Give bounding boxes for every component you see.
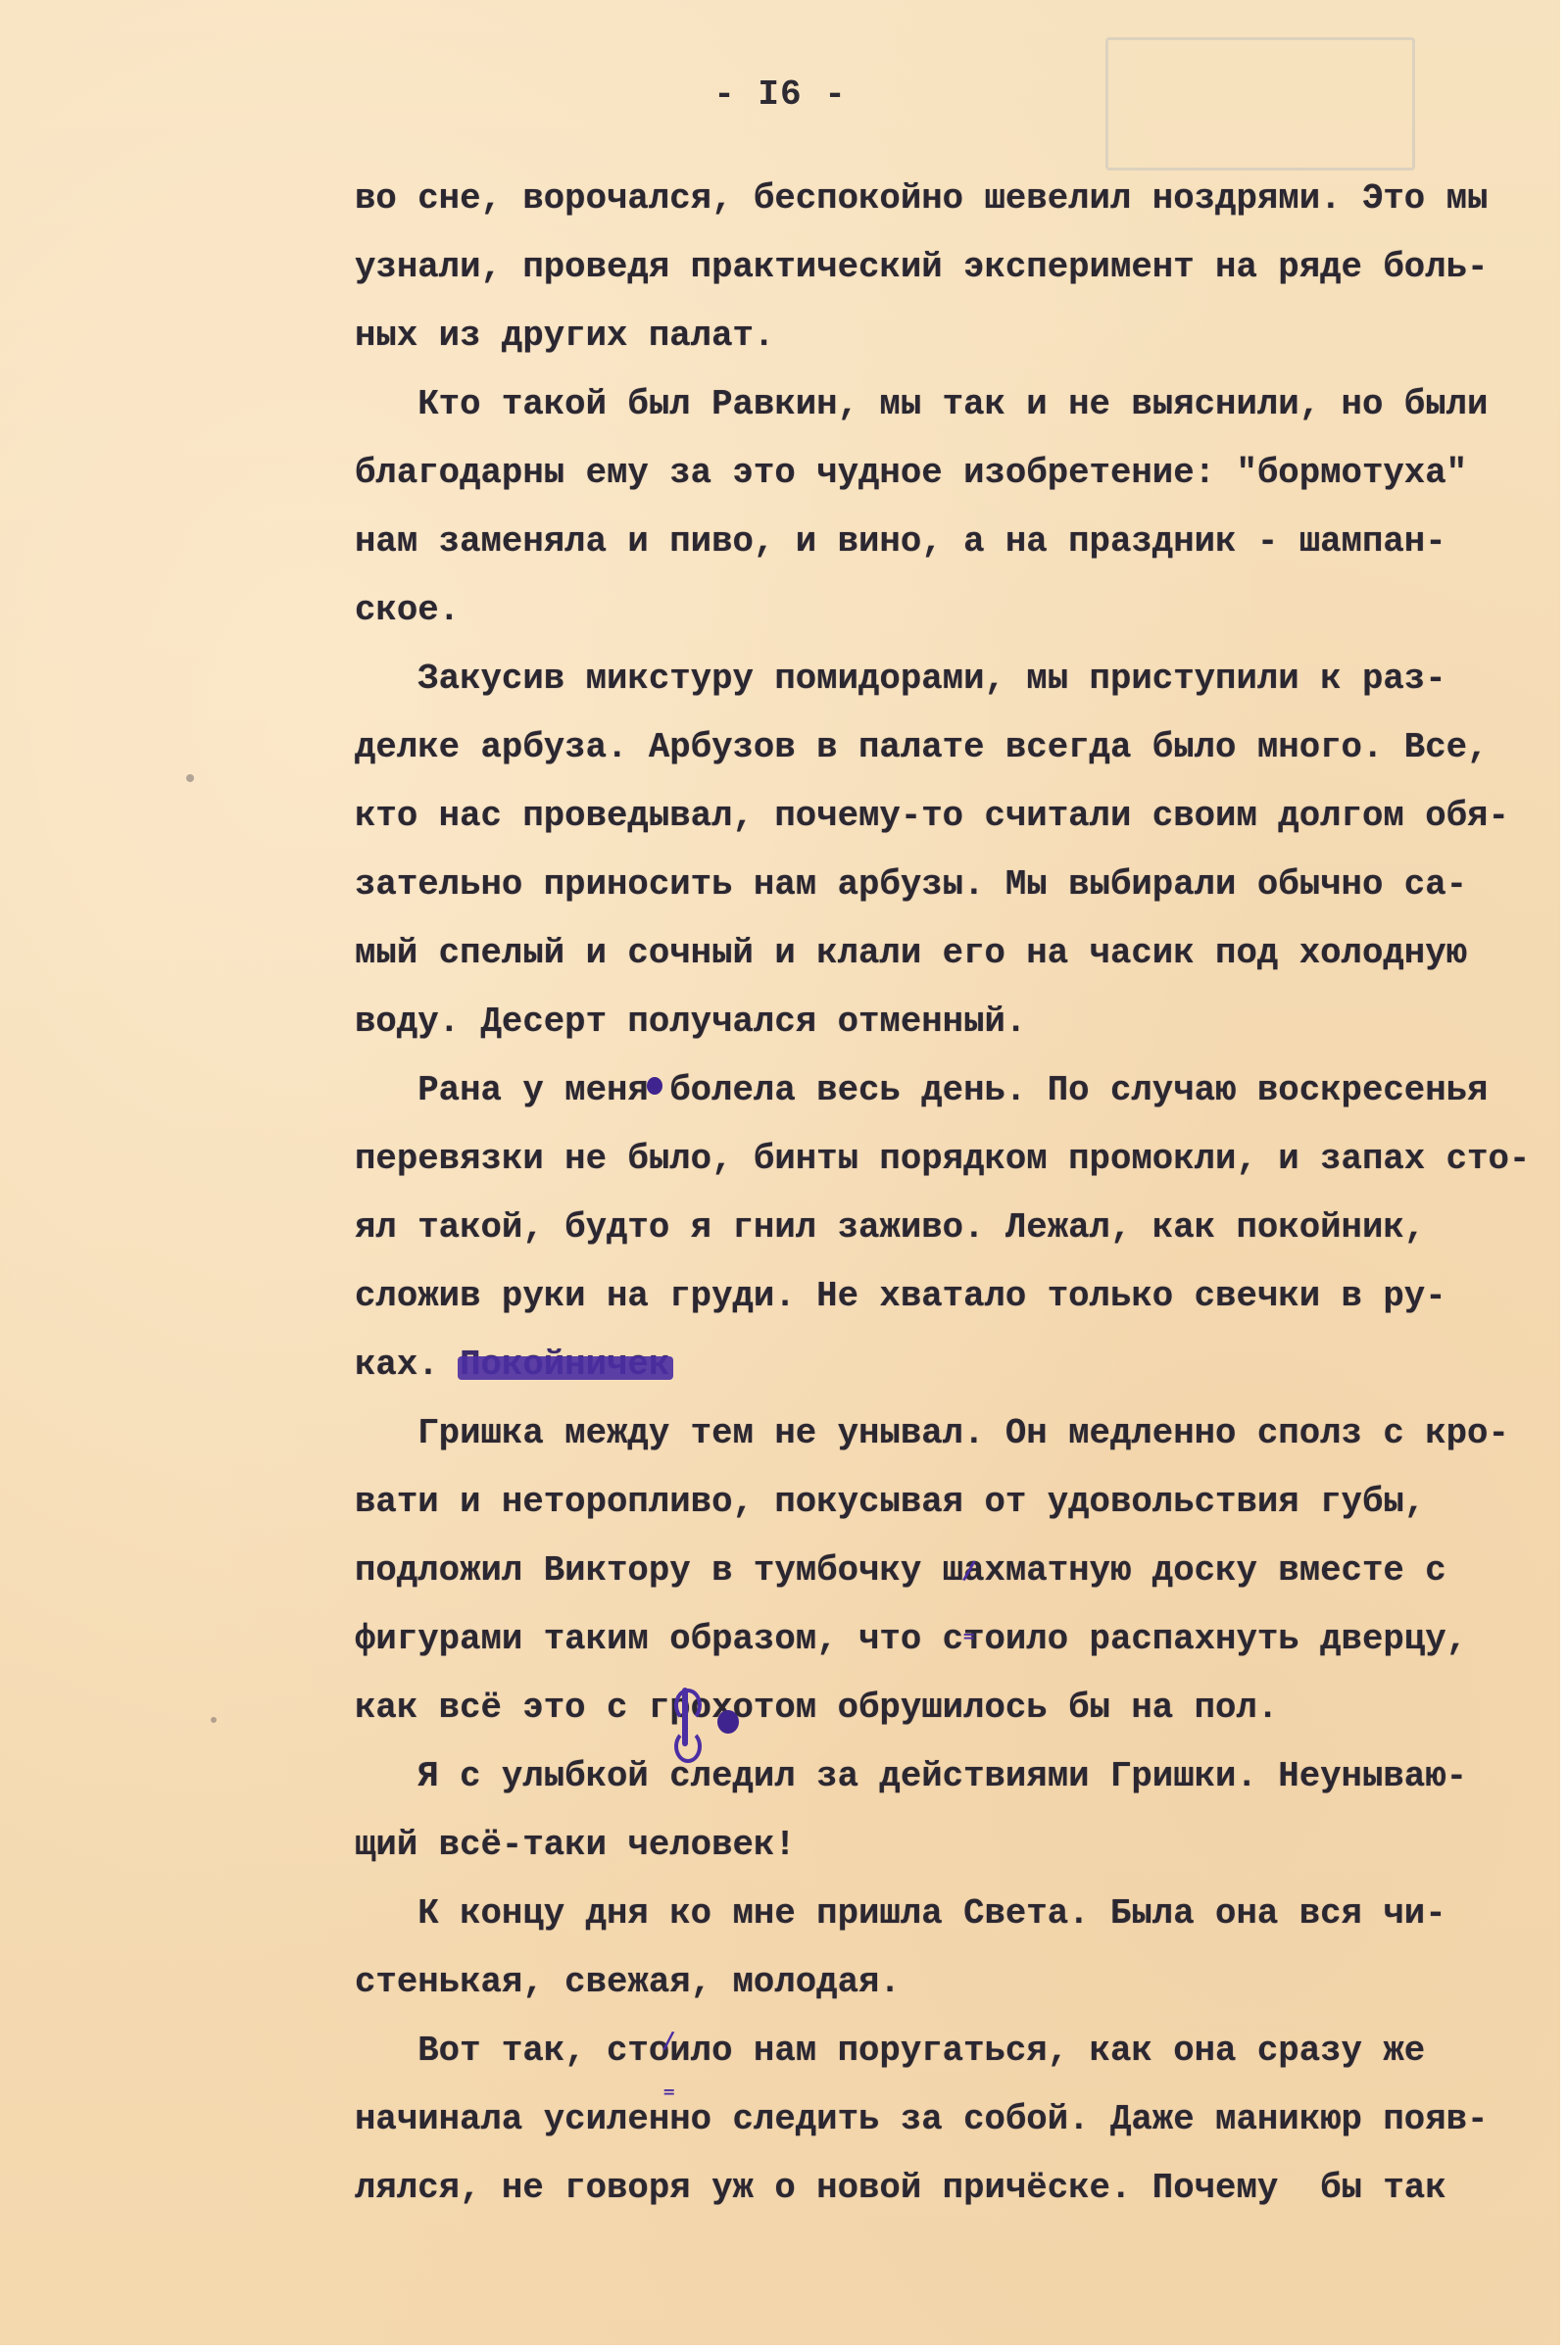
text-line-content: Гришка между тем не унывал. Он медленно … [355,1413,1509,1453]
text-line: вати и неторопливо, покусывая от удоволь… [355,1468,1568,1537]
text-line: зательно приносить нам арбузы. Мы выбира… [355,851,1568,919]
text-line: стенькая, свежая, молодая. [355,1948,1568,2017]
text-line-content: ках. [355,1345,439,1385]
text-line: К концу дня ко мне пришла Света. Была он… [355,1880,1568,1948]
text-line: как всё это с грохотом обрушилось бы на … [355,1674,1568,1742]
text-line-content: ял такой, будто я гнил заживо. Лежал, ка… [355,1207,1425,1248]
text-line: благодарны ему за это чудное изобретение… [355,439,1568,508]
text-line-content: фигурами таким образом, что стоило распа… [355,1619,1467,1659]
text-line: мый спелый и сочный и клали его на часик… [355,919,1568,988]
text-line: Рана у меня болела весь день. По случаю … [355,1056,1568,1125]
inserted-letter-mark [647,1077,662,1095]
text-line-content: как всё это с грохотом обрушилось бы на … [355,1688,1278,1728]
text-line-content: кто нас проведывал, почему-то считали св… [355,796,1509,836]
text-line-content: мый спелый и сочный и клали его на часик… [355,933,1467,973]
deletion-loop-top [674,1689,702,1722]
text-line-content: начинала усиленно следить за собой. Даже… [355,2099,1488,2139]
text-line-content: К концу дня ко мне пришла Света. Была он… [355,1893,1446,1934]
text-line-content: подложил Виктору в тумбочку шахматную до… [355,1550,1446,1591]
text-line: Гришка между тем не унывал. Он медленно … [355,1399,1568,1468]
text-line: делке арбуза. Арбузов в палате всегда бы… [355,713,1568,782]
text-line-content: перевязки не было, бинты порядком промок… [355,1139,1530,1179]
text-line: сложив руки на груди. Не хватало только … [355,1262,1568,1331]
text-line-content: вати и неторопливо, покусывая от удоволь… [355,1482,1425,1522]
underline-mark-icon: = [662,2082,675,2101]
text-line: узнали, проведя практический эксперимент… [355,233,1568,302]
text-line-content: сложив руки на груди. Не хватало только … [355,1276,1446,1316]
text-line-content: Кто такой был Равкин, мы так и не выясни… [355,384,1488,424]
text-line: Я с улыбкой следил за действиями Гришки.… [355,1742,1568,1811]
struck-out-word: Покойничек [460,1331,669,1399]
text-line: воду. Десерт получался отменный. [355,988,1568,1056]
text-line: лялся, не говоря уж о новой причёске. По… [355,2154,1568,2223]
deletion-stroke [682,1688,688,1746]
text-line: фигурами таким образом, что стоило распа… [355,1605,1568,1674]
text-line: ское. [355,576,1568,645]
text-line-content: щий всё-таки человек! [355,1825,796,1865]
text-line-content: делке арбуза. Арбузов в палате всегда бы… [355,727,1488,767]
text-line: ных из других палат. [355,302,1568,370]
text-line-content: Я с улыбкой следил за действиями Гришки.… [355,1756,1467,1796]
body-text: во сне, ворочался, беспокойно шевелил но… [355,165,1568,2223]
text-line: ках. Покойничек [355,1331,1568,1399]
text-line-content: Вот так, стоило нам поругаться, как она … [355,2031,1425,2071]
text-line: Вот так, стоило нам поругаться, как она … [355,2017,1568,2085]
text-line: ял такой, будто я гнил заживо. Лежал, ка… [355,1194,1568,1262]
text-line: начинала усиленно следить за собой. Даже… [355,2085,1568,2154]
text-line-content: ных из других палат. [355,316,774,356]
text-line-content: лялся, не говоря уж о новой причёске. По… [355,2168,1446,2208]
underline-mark-icon: = [962,1627,975,1645]
text-line: перевязки не было, бинты порядком промок… [355,1125,1568,1194]
text-line: щий всё-таки человек! [355,1811,1568,1880]
text-line: кто нас проведывал, почему-то считали св… [355,782,1568,851]
paper-speck [211,1717,217,1723]
text-line: нам заменяла и пиво, и вино, а на праздн… [355,508,1568,576]
text-line-content: узнали, проведя практический эксперимент… [355,247,1488,287]
text-line: во сне, ворочался, беспокойно шевелил но… [355,165,1568,233]
text-line-content: Закусив микстуру помидорами, мы приступи… [355,659,1446,699]
text-line-content: благодарны ему за это чудное изобретение… [355,453,1467,493]
text-line: Закусив микстуру помидорами, мы приступи… [355,645,1568,713]
text-line-content: Рана у меня болела весь день. По случаю … [355,1070,1488,1110]
text-line-content: нам заменяла и пиво, и вино, а на праздн… [355,521,1446,562]
text-line-content: зательно приносить нам арбузы. Мы выбира… [355,864,1467,905]
text-line-content: ское. [355,590,460,630]
text-line: Кто такой был Равкин, мы так и не выясни… [355,370,1568,439]
typewritten-page: - I6 - во сне, ворочался, беспокойно шев… [0,0,1560,2345]
paper-speck [186,774,194,782]
text-line-content: во сне, ворочался, беспокойно шевелил но… [355,178,1488,219]
page-number: - I6 - [0,74,1560,115]
deleted-letter-blot [717,1710,739,1734]
deletion-loop-bottom [674,1730,702,1763]
text-line-content: воду. Десерт получался отменный. [355,1002,1026,1042]
text-line: подложил Виктору в тумбочку шахматную до… [355,1537,1568,1605]
text-line-content: стенькая, свежая, молодая. [355,1962,901,2002]
